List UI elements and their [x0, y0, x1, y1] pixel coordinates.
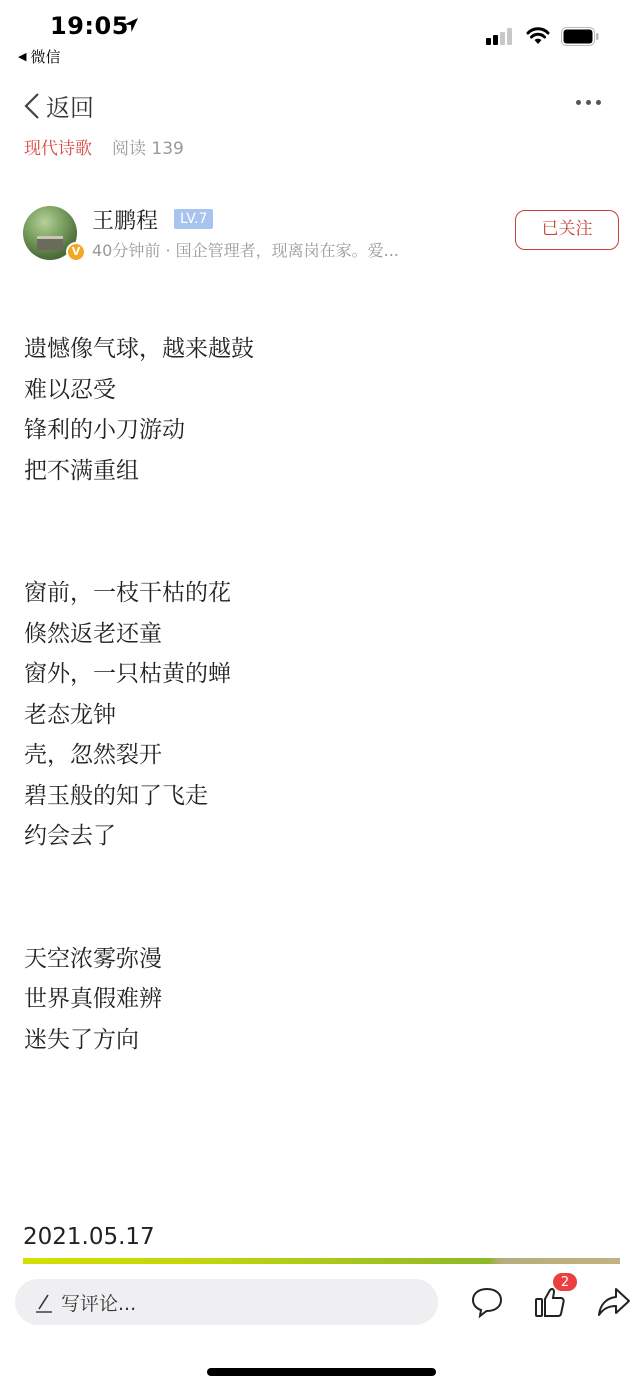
- poem-line: 倏然返老还童: [24, 614, 614, 655]
- poem-line: 碧玉般的知了飞走: [24, 776, 614, 817]
- decorative-divider-bar: [23, 1258, 620, 1264]
- chevron-left-icon: [22, 91, 42, 121]
- poem-line: 窗外，一只枯黄的蝉: [24, 654, 614, 695]
- stanza: 窗前，一枝干枯的花 倏然返老还童 窗外，一只枯黄的蝉 老态龙钟 壳，忽然裂开 碧…: [24, 573, 614, 857]
- comment-placeholder: 写评论...: [61, 1289, 136, 1316]
- poem-line: 迷失了方向: [24, 1020, 614, 1061]
- author-subtitle: 40分钟前 · 国企管理者，现离岗在家。爱...: [92, 238, 399, 261]
- share-icon[interactable]: [596, 1284, 632, 1320]
- pen-icon: [35, 1291, 53, 1313]
- home-indicator[interactable]: [207, 1368, 436, 1376]
- poem-line: 老态龙钟: [24, 695, 614, 736]
- poem-line: 难以忍受: [24, 370, 614, 411]
- poem-body: 遗憾像气球，越来越鼓 难以忍受 锋利的小刀游动 把不满重组 窗前，一枝干枯的花 …: [24, 329, 614, 1142]
- read-count: 阅读 139: [112, 134, 184, 159]
- poem-line: 壳，忽然裂开: [24, 735, 614, 776]
- back-button[interactable]: 返回: [22, 88, 94, 123]
- verified-badge-icon: V: [66, 242, 86, 262]
- status-bar: 19:05 ◀ 微信: [0, 0, 642, 70]
- poem-line: 窗前，一枝干枯的花: [24, 573, 614, 614]
- nav-bar: 返回: [0, 80, 642, 130]
- stanza: 天空浓雾弥漫 世界真假难辨 迷失了方向: [24, 939, 614, 1061]
- cellular-signal-icon: [486, 28, 516, 46]
- status-time: 19:05: [50, 12, 129, 40]
- comment-input[interactable]: 写评论...: [15, 1279, 438, 1325]
- stanza: 遗憾像气球，越来越鼓 难以忍受 锋利的小刀游动 把不满重组: [24, 329, 614, 491]
- ellipsis-icon: [576, 100, 581, 105]
- back-to-app-link[interactable]: ◀ 微信: [18, 46, 60, 67]
- back-label: 返回: [46, 88, 94, 123]
- poem-line: 把不满重组: [24, 451, 614, 492]
- category-link[interactable]: 现代诗歌: [24, 134, 92, 159]
- follow-button[interactable]: 已关注: [515, 210, 619, 250]
- author-card: V 王鹏程 LV.7 40分钟前 · 国企管理者，现离岗在家。爱... 已关注: [0, 200, 642, 270]
- wifi-icon: [526, 27, 550, 45]
- battery-icon: [561, 27, 599, 46]
- article-meta: 现代诗歌 阅读 139: [24, 134, 184, 159]
- poem-line: 天空浓雾弥漫: [24, 939, 614, 980]
- more-options-button[interactable]: [576, 94, 606, 110]
- like-count-badge: 2: [552, 1272, 578, 1292]
- comment-icon[interactable]: [469, 1284, 505, 1320]
- poem-line: 约会去了: [24, 816, 614, 857]
- post-date: 2021.05.17: [23, 1224, 155, 1250]
- back-app-label: 微信: [30, 46, 60, 67]
- location-arrow-icon: [122, 16, 140, 34]
- poem-line: 遗憾像气球，越来越鼓: [24, 329, 614, 370]
- poem-line: 世界真假难辨: [24, 979, 614, 1020]
- level-badge: LV.7: [174, 209, 213, 229]
- back-triangle-icon: ◀: [18, 50, 26, 63]
- author-name[interactable]: 王鹏程: [92, 204, 158, 235]
- poem-line: 锋利的小刀游动: [24, 410, 614, 451]
